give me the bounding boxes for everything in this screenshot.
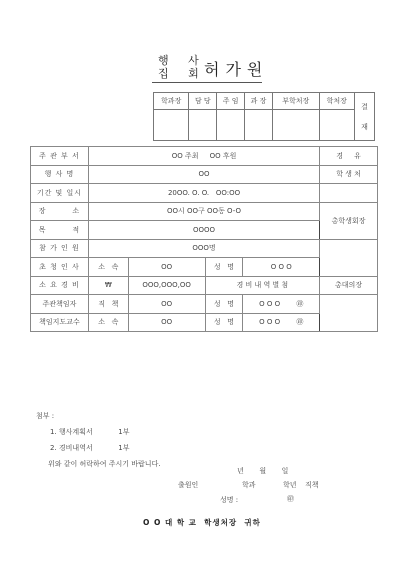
request-text: 위와 같이 허락하여 주시기 바랍니다.	[36, 456, 161, 472]
label-place: 장 소	[31, 202, 89, 221]
budget-note: 경 비 내 역 별 첨	[205, 276, 320, 295]
title-assembly: 집 회	[158, 65, 207, 81]
label-period: 기간 및 일시	[31, 184, 89, 203]
label-student-affairs: 학 생 처	[320, 165, 378, 184]
approval-header-officer: 담 당	[189, 93, 217, 110]
sign-student-affairs[interactable]	[320, 184, 378, 203]
attachment-item: 1. 행사계획서 1부	[36, 424, 161, 440]
seal-icon: ㊞	[296, 318, 303, 326]
approval-header-dept-head: 학과장	[154, 93, 189, 110]
value-advisor-affiliation[interactable]: OO	[128, 313, 205, 332]
row-period: 기간 및 일시 20OO. O. O. OO:OO	[31, 184, 378, 203]
budget-currency: ₩	[88, 276, 128, 295]
sign-delegate-chair[interactable]	[320, 295, 378, 332]
row-organizer: 주관책임자 직 책 OO 성 명 O O O ㊞	[31, 295, 378, 314]
addressee: O O 대 학 교 학생처장 귀하	[143, 517, 261, 528]
value-place[interactable]: OO시 OO구 OO동 O-O	[88, 202, 319, 221]
approval-signature-box[interactable]	[272, 110, 319, 141]
label-delegate-chair: 총대의장	[320, 276, 378, 295]
value-participants[interactable]: OOO명	[88, 239, 319, 258]
approval-side-label: 결 재	[355, 93, 375, 141]
row-place: 장 소 OO시 OO구 OO동 O-O 총학생회장	[31, 202, 378, 221]
value-event-name[interactable]: OO	[88, 165, 319, 184]
approval-header-vice-dean: 부학처장	[272, 93, 319, 110]
approval-signature-box[interactable]	[189, 110, 217, 141]
value-budget-amount[interactable]: OOO,OOO,OO	[128, 276, 205, 295]
approval-header-dean: 학처장	[319, 93, 354, 110]
applicant-dept[interactable]: 학과	[242, 480, 256, 490]
applicant-label: 출원인	[178, 480, 198, 490]
approval-header-manager: 과 장	[245, 93, 273, 110]
approval-signature-box[interactable]	[217, 110, 245, 141]
permit-form-table: 주 관 부 서 OO 주최 OO 후원 경 유 행 사 명 OO 학 생 처 기…	[30, 146, 378, 332]
label-participants: 참 가 인 원	[31, 239, 89, 258]
label-guest: 초 청 인 사	[31, 258, 89, 277]
label-event-name: 행 사 명	[31, 165, 89, 184]
label-guest-affiliation: 소 속	[88, 258, 128, 277]
label-host-dept: 주 관 부 서	[31, 147, 89, 166]
approval-signature-box[interactable]	[319, 110, 354, 141]
value-organizer-position[interactable]: OO	[128, 295, 205, 314]
date-line[interactable]: 년 월 일	[237, 466, 288, 476]
label-student-president: 총학생회장	[320, 202, 378, 239]
value-guest-name[interactable]: O O O	[243, 258, 320, 277]
label-advisor: 책임지도교수	[31, 313, 89, 332]
label-organizer-name: 성 명	[205, 295, 243, 314]
seal-icon: ㊞	[296, 300, 303, 308]
label-advisor-affiliation: 소 속	[88, 313, 128, 332]
attachments-label: 첨부 :	[36, 408, 161, 424]
sign-student-president[interactable]	[320, 239, 378, 276]
applicant-name-label: 성명 :	[220, 495, 238, 505]
approval-signature-box[interactable]	[245, 110, 273, 141]
approval-table: 학과장 담 당 주 임 과 장 부학처장 학처장 결 재	[153, 92, 375, 141]
value-organizer-name[interactable]: O O O ㊞	[243, 295, 320, 314]
attachments-section: 첨부 : 1. 행사계획서 1부 2. 경비내역서 1부 위와 같이 허락하여 …	[36, 408, 161, 472]
value-host-dept[interactable]: OO 주최 OO 후원	[88, 147, 319, 166]
attachment-item: 2. 경비내역서 1부	[36, 440, 161, 456]
title-underline	[152, 82, 262, 83]
label-budget: 소 요 경 비	[31, 276, 89, 295]
approval-header-chief: 주 임	[217, 93, 245, 110]
row-budget: 소 요 경 비 ₩ OOO,OOO,OO 경 비 내 역 별 첨 총대의장	[31, 276, 378, 295]
approval-signature-box[interactable]	[154, 110, 189, 141]
value-advisor-name[interactable]: O O O ㊞	[243, 313, 320, 332]
applicant-grade[interactable]: 학년	[283, 480, 297, 490]
label-via: 경 유	[320, 147, 378, 166]
row-host-dept: 주 관 부 서 OO 주최 OO 후원 경 유	[31, 147, 378, 166]
label-guest-name: 성 명	[205, 258, 243, 277]
applicant-position[interactable]: 직책	[305, 480, 319, 490]
label-organizer: 주관책임자	[31, 295, 89, 314]
value-purpose[interactable]: OOOO	[88, 221, 319, 240]
label-purpose: 목 적	[31, 221, 89, 240]
label-organizer-position: 직 책	[88, 295, 128, 314]
value-period[interactable]: 20OO. O. O. OO:OO	[88, 184, 319, 203]
label-advisor-name: 성 명	[205, 313, 243, 332]
value-guest-affiliation[interactable]: OO	[128, 258, 205, 277]
title-permit: 허가원	[204, 57, 268, 80]
seal-icon: ㊞	[287, 494, 294, 504]
row-participants: 참 가 인 원 OOO명	[31, 239, 378, 258]
document-title: 행 사 집 회 허가원	[150, 52, 270, 82]
row-event-name: 행 사 명 OO 학 생 처	[31, 165, 378, 184]
